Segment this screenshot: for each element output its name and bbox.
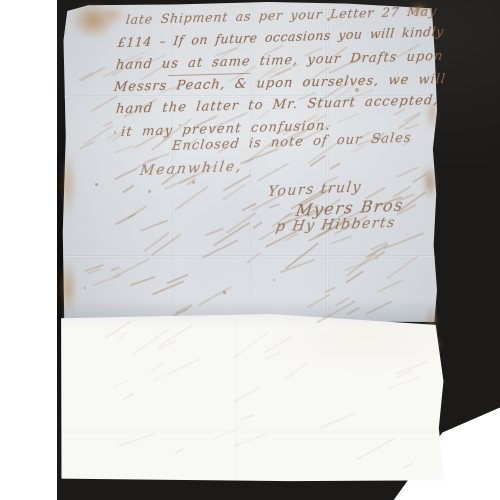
letter-sheet xyxy=(62,2,437,322)
letter-flap xyxy=(58,314,445,482)
letter-photo: late Shipment as per your Letter 27 May … xyxy=(0,0,500,500)
